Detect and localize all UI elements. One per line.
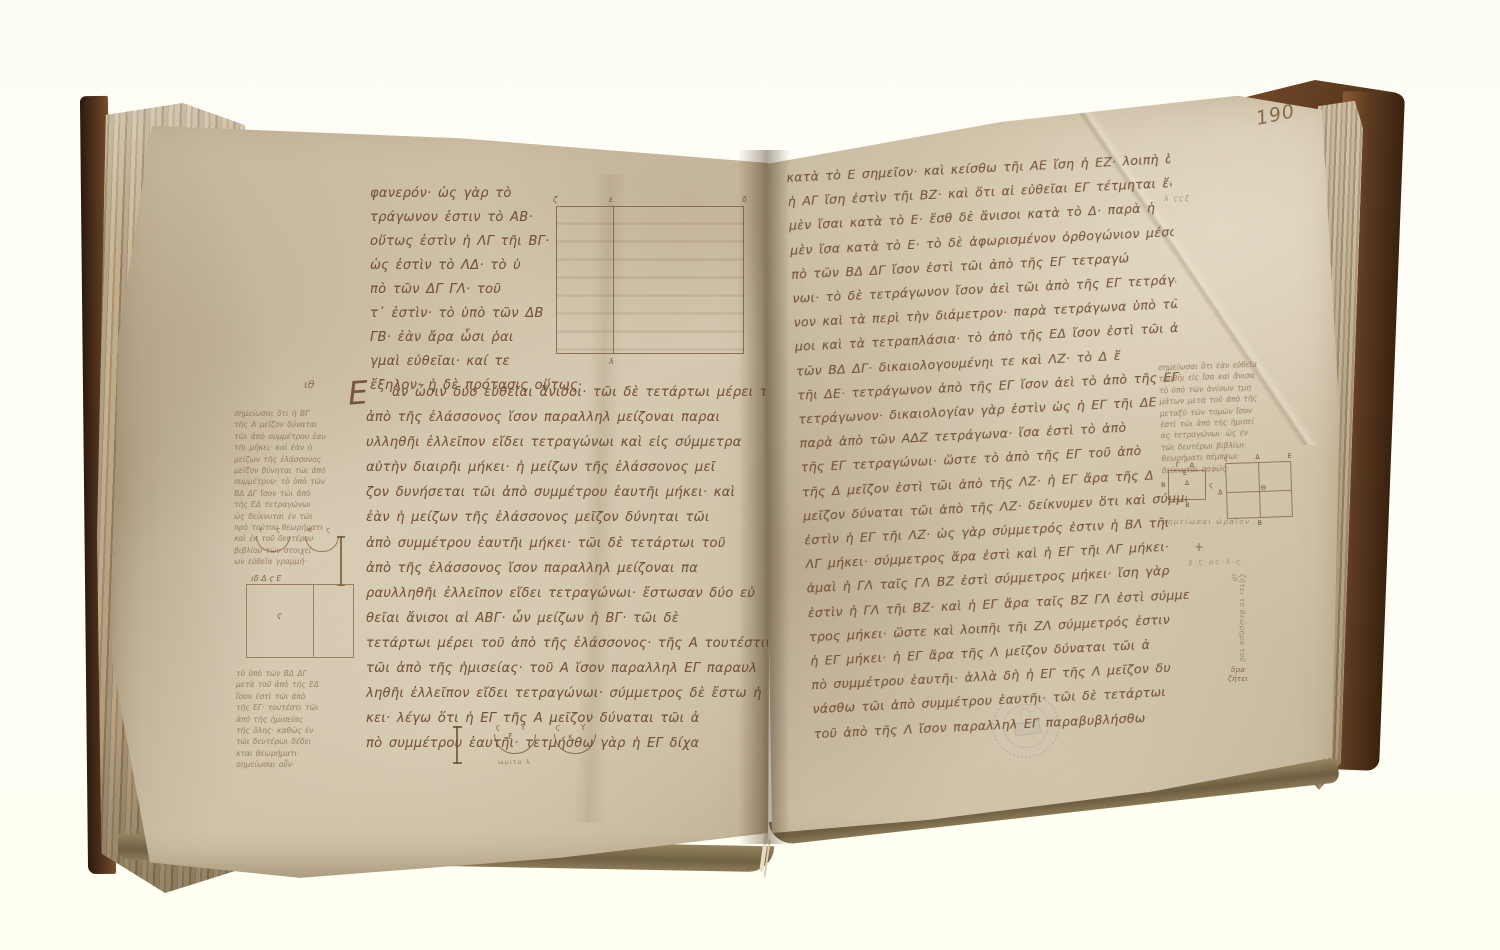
diagram-divider-line <box>613 207 614 353</box>
diagram-label: Β <box>1257 519 1262 527</box>
margin-figure-rectangle: ιδ Δ ϛ Ε ϛ <box>246 584 354 658</box>
diagram-label: Δ <box>1255 453 1260 461</box>
text-line: θεῖαι ἄνισοι αἱ ΑΒΓ· ὧν μείζων ἡ ΒΓ· τῶι… <box>366 606 768 631</box>
diagram-label: Θ <box>1261 483 1266 491</box>
diagram-letters: κ ϛ <box>306 526 338 534</box>
diagram-label: λ <box>609 357 614 366</box>
diagram-letters: ϛ Υ κ <box>555 723 595 741</box>
semicircle-diagram: ι ϛ <box>256 536 290 552</box>
scholia-line: ἴσον ἐστὶ τῶι ἀπὸ <box>236 691 360 702</box>
diagram-letters: ι ϛ <box>257 526 289 534</box>
scholia-line: ἀπὸ τῆς ἡμισείας <box>236 714 360 725</box>
scholia-line: τῆς Α μεῖζον δύναται <box>234 419 362 430</box>
scholia-line: τῆς ΕΓ· τουτέστι τῶι <box>236 702 360 713</box>
margin-figure-arcs: ι ϛ κ ϛ <box>256 536 376 576</box>
scholia-line: τῆς ὅλης· καθὼς ἐν <box>236 725 360 736</box>
diagram-label: ϛ <box>1209 481 1213 489</box>
margin-plus-mark: + <box>1194 540 1204 554</box>
scholia-line: κται θεωρήματι· <box>236 748 360 759</box>
text-line: ἀπὸ τῆς ἐλάσσονος ἴσον παραλληλ μείζοναι… <box>366 405 768 430</box>
left-margin-scholia-lower: τὸ ὑπὸ τῶν ΒΔ ΔΓμετὰ τοῦ ἀπὸ τῆς ΕΔἴσον … <box>236 668 360 771</box>
scholia-line: τῶι δευτέρωι δέδει <box>236 736 360 747</box>
left-page: φανερόν· ὡς γὰρ τὸτράγωνον ἐστιν τὸ ΑΒ·ο… <box>108 112 772 884</box>
segment-diagram <box>340 536 342 586</box>
scholia-line: μετὰ τοῦ ἀπὸ τῆς ΕΔ <box>236 679 360 690</box>
scholia-line: συμμέτρου· τὸ ὑπὸ τῶν <box>234 476 362 487</box>
diagram-letters: Γ Δ Ε <box>1169 461 1205 477</box>
text-line: υλληθῆι ἐλλεῖπον εἴδει τετραγώνωι καὶ εἰ… <box>366 430 768 455</box>
scholia-line: ζήτει <box>1208 675 1268 684</box>
scholia-line: ΒΔ ΔΓ ἴσον τῶι ἀπὸ <box>234 488 362 499</box>
scholia-line: τῆς ΕΔ τετραγώνωι· <box>234 499 362 510</box>
scholia-line: σημείωσαι ὅτι ἡ ΒΓ <box>234 408 362 419</box>
scholia-line: μείζων τῆς ἐλάσσονος <box>234 454 362 465</box>
margin-vertical-note-tail: ὅραζήτει <box>1208 666 1268 684</box>
diagram-label: Β <box>1161 481 1165 489</box>
text-line: ληθῆι ἐλλεῖπον εἴδει τετραγώνωι· σύμμετρ… <box>366 681 768 706</box>
semicircle-diagram: κ ϛ <box>305 536 339 552</box>
text-line: ἀπὸ τῆς ἐλάσσονος ἴσον παραλληλ μείζοναι… <box>366 556 768 581</box>
text-line: τῶι ἀπὸ τῆς ἡμισείας· τοῦ Α ἴσον παραλλη… <box>366 656 768 681</box>
diagram-label: Β <box>1185 501 1189 509</box>
diagram-label: Δ <box>1218 489 1223 497</box>
scholia-line: ὅρα <box>1208 666 1268 675</box>
diagram-label: ζ <box>553 195 557 204</box>
manuscript-photo: φανερόν· ὡς γὰρ τὸτράγωνον ἐστιν τὸ ΑΒ·ο… <box>0 0 1500 950</box>
segment-diagram <box>456 726 458 764</box>
proposition-number: ιθ <box>304 378 314 391</box>
figure-caption: ωμιτο λ <box>498 758 531 766</box>
diagram-label: Ε <box>1288 452 1292 460</box>
diagram-divider-line <box>313 585 314 657</box>
text-line: ἐὰν ἡ μείζων τῆς ἐλάσσονος μεῖζον δύνητα… <box>366 505 768 530</box>
scholia-line: πρὸ τούτου θεωρήματι <box>234 522 362 533</box>
diagram-letters: ϛ Υ ξ <box>495 723 535 741</box>
diagram-label: Δ <box>1185 479 1189 487</box>
geometry-diagram-rectangle: ζ ε δ λ <box>556 206 744 354</box>
margin-figure-square-quadrants: ϛ Δ Ε Δ Θ Β <box>1225 461 1293 519</box>
text-line: ὰν ὦσιν δύο εὐθεῖαι ἄνισοι· τῶι δὲ τετάρ… <box>366 380 768 405</box>
scholia-line: τὸ ὑπὸ τῶν ΒΔ ΔΓ <box>236 668 360 679</box>
diagram-label: ε <box>609 195 613 204</box>
diagram-label: ϛ <box>277 611 282 620</box>
scholia-line: σημείωσαι οὖν· <box>236 759 360 770</box>
diagram-letters: ιδ Δ ϛ Ε <box>251 574 281 583</box>
scholia-line: τῆι μήκει· καὶ ἐὰν ἡ <box>234 442 362 453</box>
text-line: αὐτὴν διαιρῆι μήκει· ἡ μείζων τῆς ἐλάσσο… <box>366 455 768 480</box>
semicircle-diagram: ϛ Υ ξ <box>494 734 536 754</box>
text-line: ἀπὸ συμμέτρου ἑαυτῆι μήκει· τῶι δὲ τετάρ… <box>366 531 768 556</box>
scholia-line: μεῖζον δύνηται τῶι ἀπὸ <box>234 465 362 476</box>
margin-vertical-note: ζήτει τὸ θεώρημα τοῦ ιθ <box>1230 574 1246 666</box>
right-page: 190 λ ϛϛξ κατὰ τὸ Ε σημεῖον· καὶ κείσθω … <box>756 88 1348 864</box>
margin-tiny-row: ·χ·ϛ·ρϛ·λ·ϛ· <box>1184 558 1246 566</box>
bottom-figures: ϛ Υ ξ ϛ Υ κ ωμιτο λ <box>448 718 728 778</box>
right-main-text-block: κατὰ τὸ Ε σημεῖον· καὶ κείσθω τῆι ΑΕ ἴση… <box>786 147 1198 746</box>
semicircle-diagram: ϛ Υ κ <box>554 734 596 754</box>
text-line: ραυλληθῆι ἐλλεῖπον εἴδει τετραγώνωι· ἔστ… <box>366 581 768 606</box>
stamp-crown-emblem <box>1020 707 1031 716</box>
diagram-label: ϛ <box>1224 454 1228 462</box>
text-line: ζον δυνήσεται τῶι ἀπὸ συμμέτρου ἑαυτῆι μ… <box>366 480 768 505</box>
left-main-text-block: ὰν ὦσιν δύο εὐθεῖαι ἄνισοι· τῶι δὲ τετάρ… <box>366 380 768 756</box>
book-gutter-shadow <box>738 150 790 844</box>
scholia-line: ὡς δείκνυται ἐν τῶι <box>234 511 362 522</box>
scholia-line: τῶι ἀπὸ συμμέτρου ἑαυ <box>234 431 362 442</box>
text-line: τετάρτωι μέρει τοῦ ἀπὸ τῆς ἐλάσσονος· τῆ… <box>366 631 768 656</box>
margin-caption: σημείωσαι ὡραῖον <box>1162 518 1250 526</box>
margin-figure-square-small: Γ Δ Ε Β ϛ Β Δ <box>1168 470 1206 500</box>
